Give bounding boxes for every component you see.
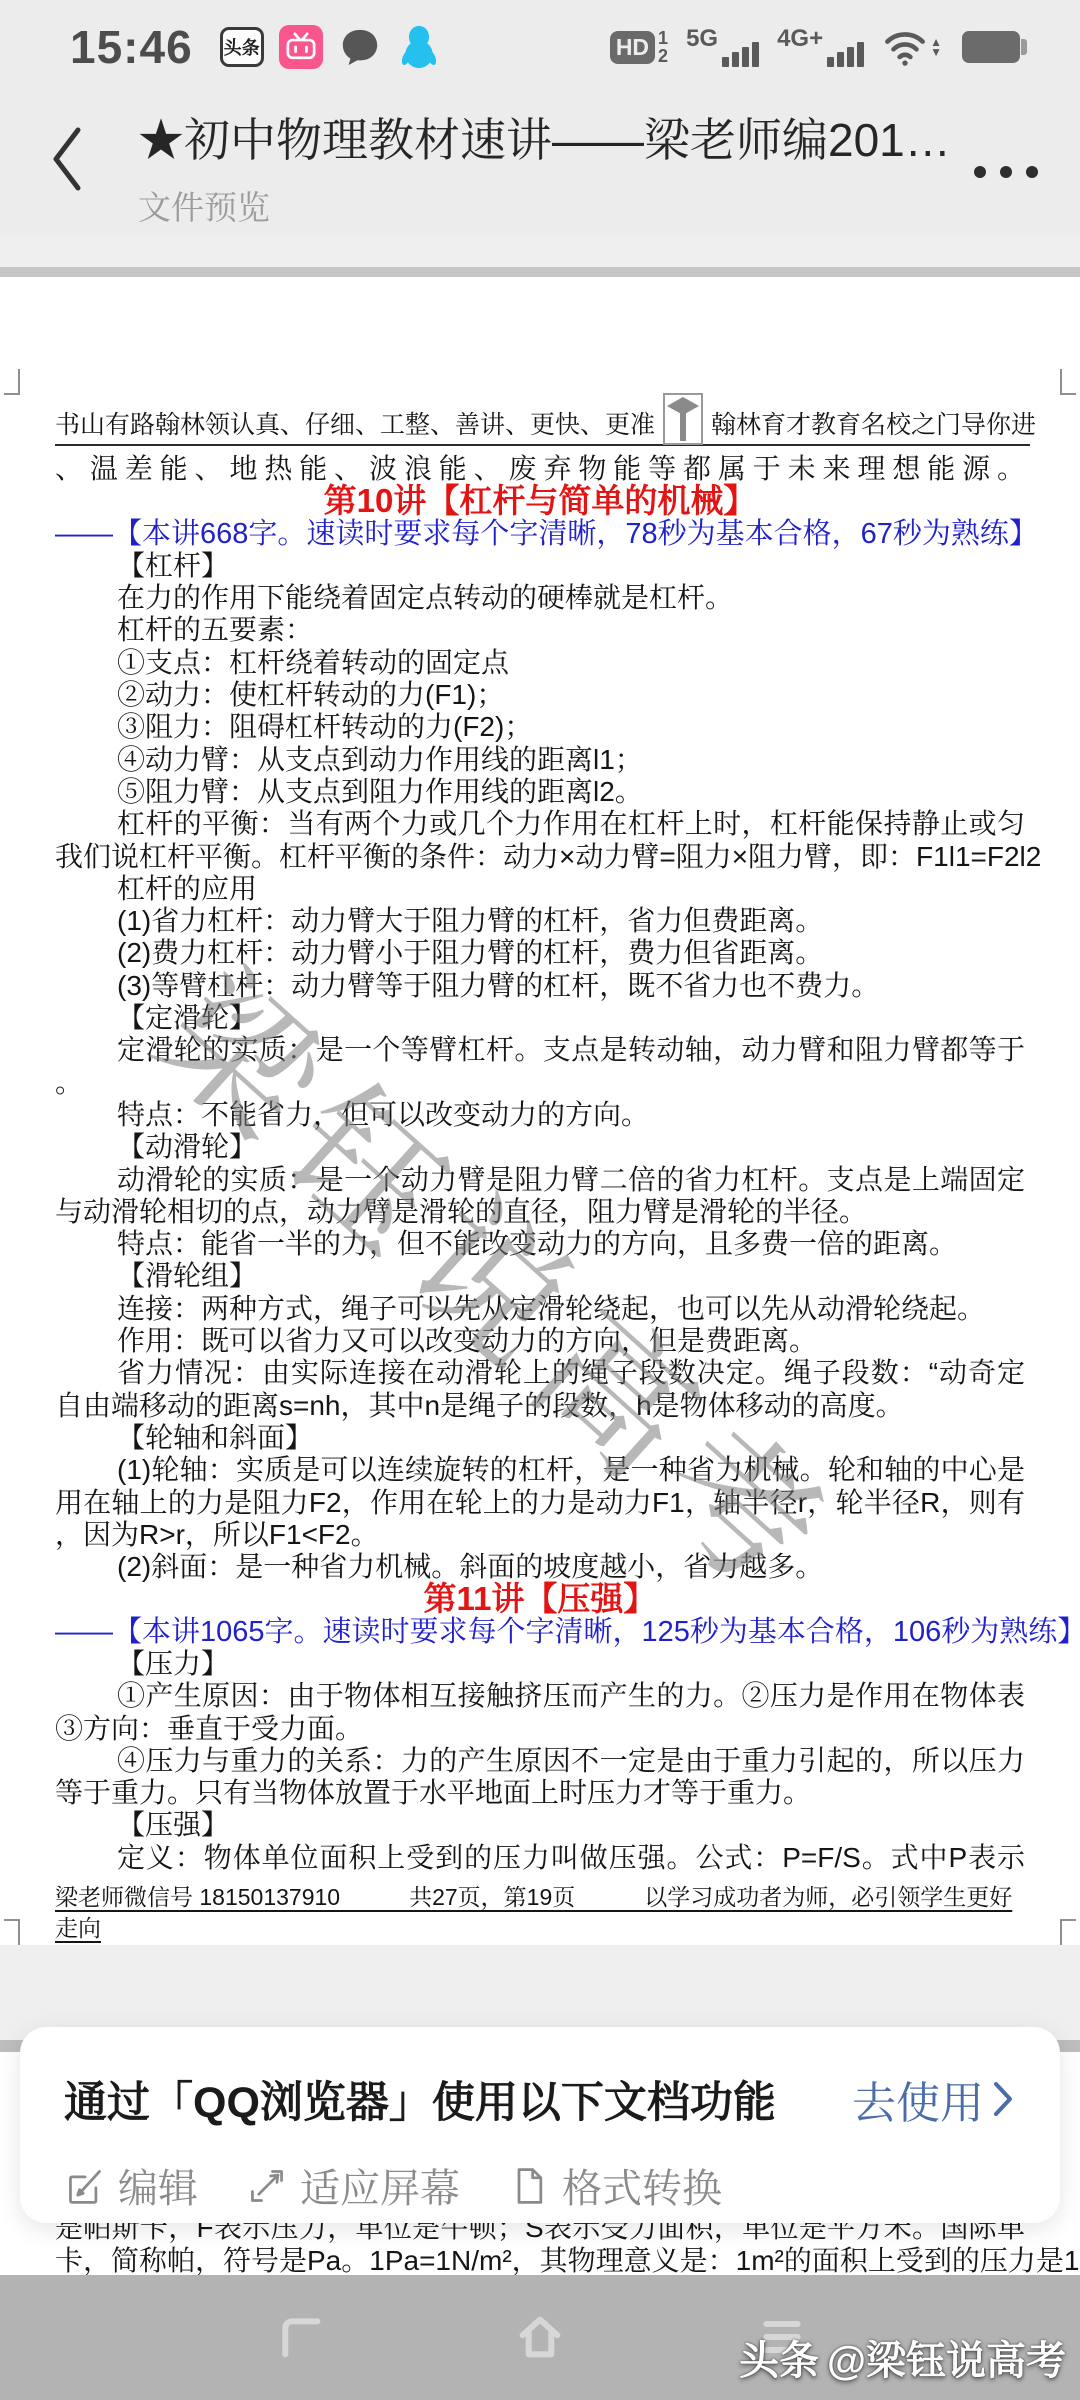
banner-header-row: 通过「QQ浏览器」使用以下文档功能 去使用 — [64, 2067, 1014, 2131]
status-bar: 15:46 头条 — [0, 0, 1080, 88]
doc-line: 【轮轴和斜面】 — [55, 1422, 1025, 1454]
crop-mark — [1060, 1919, 1076, 1945]
qq-notification-icon — [397, 25, 441, 69]
chat-bubble-notification-icon — [338, 25, 382, 69]
doc-line: 在力的作用下能绕着固定点转动的硬棒就是杠杆。 — [55, 582, 1025, 614]
wifi-traffic-arrows: ▲▼ — [930, 37, 942, 57]
battery-icon — [962, 31, 1020, 63]
banner-options-row: 编辑适应屏幕格式转换 — [64, 2157, 1014, 2214]
signal-bars-1 — [722, 42, 759, 67]
doc-line: 【动滑轮】 — [55, 1131, 1025, 1163]
fit-screen-icon — [246, 2165, 288, 2207]
doc-line: 定滑轮的实质：是一个等臂杠杆。支点是转动轴，动力臂和阻力臂都等于滑轮的半径 — [55, 1034, 1025, 1066]
document-page-footer: 梁老师微信号 18150137910 共27页，第19页 以学习成功者为师，必引… — [55, 1882, 1025, 1945]
banner-option-label: 格式转换 — [562, 2157, 722, 2214]
chevron-right-icon — [992, 2080, 1014, 2118]
doc-line: 第11讲【压强】 — [55, 1583, 1025, 1615]
bilibili-notification-icon — [279, 25, 323, 69]
doc-line: 【杠杆】 — [55, 550, 1025, 582]
volte-hd-icon: HD 1 2 — [610, 29, 668, 65]
toutiao-notification-icon: 头条 — [220, 27, 264, 67]
signal-4g-icon: 4G+ — [777, 27, 864, 67]
more-options-icon[interactable] — [974, 166, 1038, 178]
hanlin-education-logo-icon — [663, 393, 703, 445]
doc-line: 省力情况：由实际连接在动滑轮上的绳子段数决定。绳子段数：“动奇定偶”。绳子 — [55, 1357, 1025, 1389]
banner-option-fit-screen[interactable]: 适应屏幕 — [246, 2157, 460, 2214]
hd-sim-numbers: 1 2 — [658, 29, 668, 65]
doc-line: ，因为R>r，所以F1<F2。 — [55, 1519, 1025, 1551]
network-type-label-1: 5G — [686, 27, 718, 51]
banner-option-label: 编辑 — [118, 2157, 198, 2214]
doc-line: (2)费力杠杆：动力臂小于阻力臂的杠杆，费力但省距离。 — [55, 937, 1025, 969]
doc-line: (1)轮轴：实质是可以连续旋转的杠杆，是一种省力机械。轮和轴的中心是支点，作 — [55, 1454, 1025, 1486]
signal-5g-icon: 5G — [686, 27, 759, 67]
document-page-19: 梁钰说高考 书山有路翰林领 认真、仔细、工整、善讲、更快、更准 翰林育才教育 名… — [0, 277, 1080, 1945]
phone-screen: 15:46 头条 — [0, 0, 1080, 2400]
banner-option-edit[interactable]: 编辑 — [64, 2157, 198, 2214]
title-bar: ★初中物理教材速讲——梁老师编201… 文件预览 — [0, 88, 1080, 235]
document-title-block: ★初中物理教材速讲——梁老师编201… 文件预览 — [138, 104, 950, 229]
doc-line: 杠杆的五要素： — [55, 614, 1025, 646]
doc-line: 动滑轮的实质：是一个动力臂是阻力臂二倍的省力杠杆。支点是上端固定的那段绳子 — [55, 1164, 1025, 1196]
go-use-label: 去使用 — [852, 2067, 984, 2131]
hd-badge: HD — [610, 31, 655, 64]
doc-line: 作用：既可以省力又可以改变动力的方向，但是费距离。 — [55, 1325, 1025, 1357]
page-subtitle: 文件预览 — [138, 182, 950, 229]
doc-line: ①产生原因：由于物体相互接触挤压而产生的力。②压力是作用在物体表面上的力。 — [55, 1680, 1025, 1712]
signal-bars-2 — [827, 42, 864, 67]
doc-line: ②动力：使杠杆转动的力(F1)； — [55, 679, 1025, 711]
banner-option-label: 适应屏幕 — [300, 2157, 460, 2214]
doc-line: 连接：两种方式，绳子可以先从定滑轮绕起，也可以先从动滑轮绕起。 — [55, 1293, 1025, 1325]
nav-home-icon[interactable] — [514, 2311, 566, 2363]
header-slogan-right: 名校之门导你进 — [861, 405, 1036, 441]
doc-line: ——【本讲1065字。速读时要求每个字清晰，125秒为基本合格，106秒为熟练】 — [55, 1616, 1025, 1648]
doc-line: ①支点：杠杆绕着转动的固定点 — [55, 647, 1025, 679]
crop-mark — [1060, 369, 1076, 395]
doc-line: ④压力与重力的关系：力的产生原因不一定是由于重力引起的，所以压力大小不一定 — [55, 1745, 1025, 1777]
page-edge-strip — [0, 267, 1080, 277]
document-body-text: 、温差能、地热能、波浪能、废弃物能等都属于未来理想能源。第10讲【杠杆与简单的机… — [55, 453, 1025, 1874]
doc-line: 、温差能、地热能、波浪能、废弃物能等都属于未来理想能源。 — [55, 453, 1025, 485]
sim1-label: 1 — [658, 29, 668, 47]
doc-line: 。 — [55, 1067, 1025, 1099]
doc-line: 用在轴上的力是阻力F2，作用在轮上的力是动力F1，轴半径r，轮半径R，则有F1R… — [55, 1487, 1025, 1519]
doc-line: 【压强】 — [55, 1809, 1025, 1841]
header-slogan-left: 书山有路翰林领 — [55, 405, 230, 441]
wifi-icon: ▲▼ — [882, 27, 942, 67]
back-button[interactable] — [44, 122, 88, 196]
toutiao-author-watermark: 头条@梁钰说高考 — [739, 2329, 1066, 2386]
document-preview-area[interactable]: 梁钰说高考 书山有路翰林领 认真、仔细、工整、善讲、更快、更准 翰林育才教育 名… — [0, 235, 1080, 2275]
doc-line: 与动滑轮相切的点，动力臂是滑轮的直径，阻力臂是滑轮的半径。 — [55, 1196, 1025, 1228]
edit-icon — [64, 2165, 106, 2207]
doc-line: ③阻力：阻碍杠杆转动的力(F2)； — [55, 711, 1025, 743]
doc-line: 定义：物体单位面积上受到的压力叫做压强。公式：P=F/S。式中P表示压强，单位 — [55, 1842, 1025, 1874]
doc-line: 特点：不能省力，但可以改变动力的方向。 — [55, 1099, 1025, 1131]
status-bar-right: HD 1 2 5G 4G+ — [610, 27, 1020, 67]
go-use-button[interactable]: 去使用 — [852, 2067, 1014, 2131]
document-page-header: 书山有路翰林领 认真、仔细、工整、善讲、更快、更准 翰林育才教育 名校之门导你进 — [55, 393, 1030, 446]
doc-line: 【压力】 — [55, 1648, 1025, 1680]
banner-option-format-convert[interactable]: 格式转换 — [508, 2157, 722, 2214]
doc-line: 杠杆的平衡：当有两个力或几个力作用在杠杆上时，杠杆能保持静止或匀速转动，则 — [55, 808, 1025, 840]
crop-mark — [4, 1919, 20, 1945]
footer-wrap-line: 成功学习 — [55, 1944, 1025, 1945]
doc-line: ——【本讲668字。速读时要求每个字清晰，78秒为基本合格，67秒为熟练】 — [55, 518, 1025, 550]
qq-browser-feature-banner[interactable]: 通过「QQ浏览器」使用以下文档功能 去使用 编辑适应屏幕格式转换 — [20, 2027, 1060, 2223]
toutiao-watermark-prefix: 头条 — [739, 2339, 819, 2383]
doc-line: 杠杆的应用 — [55, 873, 1025, 905]
page-title: ★初中物理教材速讲——梁老师编201… — [138, 104, 950, 170]
crop-mark — [4, 369, 20, 395]
doc-line: 特点：能省一半的力，但不能改变动力的方向，且多费一倍的距离。 — [55, 1228, 1025, 1260]
toutiao-watermark-handle: @梁钰说高考 — [827, 2339, 1066, 2383]
doc-line: 第10讲【杠杆与简单的机械】 — [55, 485, 1025, 517]
doc-line: 【滑轮组】 — [55, 1260, 1025, 1292]
doc-line: (2)斜面：是一种省力机械。斜面的坡度越小，省力越多。 — [55, 1551, 1025, 1583]
header-motto: 认真、仔细、工整、善讲、更快、更准 — [230, 405, 655, 441]
nav-back-icon[interactable] — [274, 2311, 326, 2363]
doc-line: ③方向：垂直于受力面。 — [55, 1713, 1025, 1745]
doc-line: 卡，简称帕，符号是Pa。1Pa=1N/m²，其物理意义是：1m²的面积上受到的压… — [55, 2245, 1025, 2276]
doc-line: 自由端移动的距离s=nh，其中n是绳子的段数，h是物体移动的高度。 — [55, 1390, 1025, 1422]
doc-line: 我们说杠杆平衡。杠杆平衡的条件：动力×动力臂=阻力×阻力臂，即：F1l1=F2l… — [55, 841, 1025, 873]
sim2-label: 2 — [658, 47, 668, 65]
status-bar-left: 15:46 头条 — [70, 20, 441, 74]
format-convert-icon — [508, 2165, 550, 2207]
doc-line: ④动力臂：从支点到动力作用线的距离l1； — [55, 744, 1025, 776]
footer-contact-and-page-number: 梁老师微信号 18150137910 共27页，第19页 以学习成功者为师，必引… — [55, 1882, 1025, 1944]
doc-line: (1)省力杠杆：动力臂大于阻力臂的杠杆，省力但费距离。 — [55, 905, 1025, 937]
clock: 15:46 — [70, 20, 193, 74]
header-brand: 翰林育才教育 — [711, 405, 861, 441]
doc-line: (3)等臂杠杆：动力臂等于阻力臂的杠杆，既不省力也不费力。 — [55, 970, 1025, 1002]
banner-title: 通过「QQ浏览器」使用以下文档功能 — [64, 2069, 776, 2130]
doc-line: ⑤阻力臂：从支点到阻力作用线的距离l2。 — [55, 776, 1025, 808]
doc-line: 等于重力。只有当物体放置于水平地面上时压力才等于重力。 — [55, 1777, 1025, 1809]
android-navigation-bar: 头条@梁钰说高考 — [0, 2275, 1080, 2400]
toutiao-icon-label: 头条 — [224, 34, 260, 60]
network-type-label-2: 4G+ — [777, 27, 823, 51]
doc-line: 【定滑轮】 — [55, 1002, 1025, 1034]
